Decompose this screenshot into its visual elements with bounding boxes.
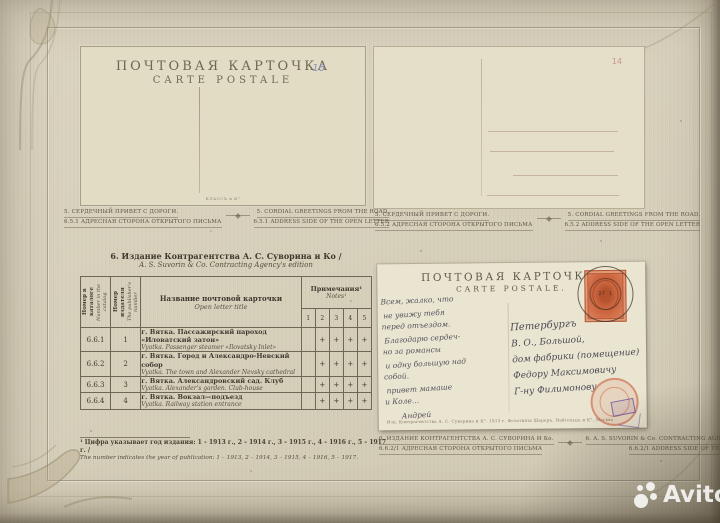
avito-watermark: Avito — [634, 482, 720, 508]
note-mark: + — [343, 393, 357, 409]
note-mark: + — [329, 328, 343, 352]
watermark-label: Avito — [663, 482, 720, 508]
publisher-number: 4 — [111, 393, 141, 409]
note-mark: + — [315, 393, 329, 409]
catalog-number: 6.6.1 — [81, 328, 111, 352]
note-col: 4 — [343, 309, 357, 328]
note-mark: + — [329, 352, 343, 376]
card-title-english: Vyatka. Passenger steamer «Ilovatsky Inl… — [141, 344, 301, 351]
caption-line: 5. CORDIAL GREETINGS FROM THE ROAD. — [568, 212, 701, 221]
caption-line: 6.5.1 ADDRESS SIDE OF THE OPEN LETTER — [254, 219, 390, 228]
card-title-english: Vyatka. Railway station entrance — [141, 401, 301, 408]
card-title-english: Vyatka. The town and Alexander Nevsky ca… — [141, 369, 301, 376]
header-text: The publisher's number — [126, 277, 139, 327]
column-header-card-title: Название почтовой карточки Open letter t… — [141, 277, 302, 328]
note-col: 5 — [357, 309, 371, 328]
caption-line: 6.5.2 ADDRESS SIDE OF THE OPEN LETTER — [565, 222, 701, 231]
catalog-number: 6.6.4 — [81, 393, 111, 409]
caption-line: 6.5.2 АДРЕСНАЯ СТОРОНА ОТКРЫТОГО ПИСЬМА — [375, 222, 533, 231]
note-mark: + — [343, 352, 357, 376]
note-mark — [301, 352, 315, 376]
note-mark: + — [315, 352, 329, 376]
avito-logo-icon — [634, 482, 659, 508]
column-header-notes: Примечания¹ Notes¹ — [301, 277, 371, 309]
note-mark: + — [343, 376, 357, 392]
publisher-number: 1 — [111, 328, 141, 352]
card-title-cell: г. Вятка. Город и Александро-Невский соб… — [141, 352, 302, 376]
card-title-english: Vyatka. Alexander's garden. Club-house — [141, 385, 301, 392]
card-title-cell: г. Вятка. Пассажирский пароход «Иловатск… — [141, 328, 302, 352]
caption-line: 6.5.1 АДРЕСНАЯ СТОРОНА ОТКРЫТОГО ПИСЬМА — [64, 219, 222, 228]
note-mark: + — [329, 393, 343, 409]
note-mark — [301, 328, 315, 352]
card-title-russian: г. Вятка. Александровский сад. Клуб — [141, 377, 301, 385]
header-text: Примечания¹ — [302, 285, 371, 293]
table-row: 6.6.3 3 г. Вятка. Александровский сад. К… — [81, 376, 372, 392]
caption-russian-block: 5. СЕРДЕЧНЫЙ ПРИВЕТ С ДОРОГИ. 6.5.1 АДРЕ… — [64, 209, 222, 228]
catalog-number: 6.6.3 — [81, 376, 111, 392]
postcard-back-top-left: ПОЧТОВАЯ КАРТОЧКА CARTE POSTALE 10 КЛАСС… — [80, 46, 366, 206]
postcard-title-french: CARTE POSTALE — [81, 75, 365, 86]
footnote-english: The number indicates the year of publica… — [80, 455, 388, 463]
note-mark: + — [357, 393, 371, 409]
catalog-number: 6.6.2 — [81, 352, 111, 376]
table-title-english: A. S. Suvorin & Co. Contracting Agency's… — [80, 261, 372, 269]
postcard-back-top-right: 14 — [373, 46, 645, 209]
caption-line: 5. СЕРДЕЧНЫЙ ПРИВЕТ С ДОРОГИ. — [375, 212, 489, 221]
album-page-photo: ПОЧТОВАЯ КАРТОЧКА CARTE POSTALE 10 КЛАСС… — [0, 0, 720, 523]
note-mark: + — [315, 376, 329, 392]
note-mark: + — [357, 328, 371, 352]
caption-top-right: 5. СЕРДЕЧНЫЙ ПРИВЕТ С ДОРОГИ. 6.5.2 АДРЕ… — [375, 212, 665, 231]
header-text: Number in the catalog — [96, 277, 109, 327]
header-text: Номер издателя — [113, 277, 127, 327]
column-header-catalog-number: Номер в каталоге Number in the catalog — [81, 277, 111, 328]
address-rule-line — [488, 131, 618, 132]
address-rule-line — [490, 151, 614, 152]
address-divider-line — [481, 59, 482, 196]
table-row: 6.6.4 4 г. Вятка. Вокзал—подъезд Vyatka.… — [81, 393, 372, 409]
note-mark: + — [315, 328, 329, 352]
postmark-date: 27 1 — [598, 291, 612, 297]
note-mark: + — [343, 328, 357, 352]
note-col: 1 — [301, 309, 315, 328]
header-text: Название почтовой карточки — [141, 294, 301, 303]
card-title-cell: г. Вятка. Вокзал—подъезд Vyatka. Railway… — [141, 393, 302, 409]
note-mark — [301, 376, 315, 392]
caption-line: 5. СЕРДЕЧНЫЙ ПРИВЕТ С ДОРОГИ. — [64, 209, 178, 218]
edition-table: Номер в каталоге Number in the catalog Н… — [80, 276, 372, 410]
caption-english-block: 5. CORDIAL GREETINGS FROM THE ROAD. 6.5.… — [565, 212, 701, 231]
card-title-russian: г. Вятка. Город и Александро-Невский соб… — [141, 352, 301, 368]
caption-top-left: 5. СЕРДЕЧНЫЙ ПРИВЕТ С ДОРОГИ. 6.5.1 АДРЕ… — [64, 209, 368, 228]
caption-divider-ornament-icon — [537, 212, 561, 231]
publisher-number: 3 — [111, 376, 141, 392]
caption-line: 5. CORDIAL GREETINGS FROM THE ROAD. — [257, 209, 390, 218]
card-title-russian: г. Вятка. Вокзал—подъезд — [141, 393, 301, 401]
address-rule-line — [513, 175, 618, 176]
footnote-russian: ¹ Цифра указывает год издания: 1 – 1913 … — [80, 439, 388, 455]
column-header-publisher-number: Номер издателя The publisher's number — [111, 277, 141, 328]
header-text: Notes¹ — [302, 293, 371, 300]
note-mark: + — [357, 352, 371, 376]
printer-mark: КЛАССЪ и К° — [81, 196, 365, 201]
address-divider-line — [199, 87, 200, 193]
publisher-number: 2 — [111, 352, 141, 376]
card-title-cell: г. Вятка. Александровский сад. Клуб Vyat… — [141, 376, 302, 392]
note-mark: + — [357, 376, 371, 392]
note-col: 2 — [315, 309, 329, 328]
table-footnote: ¹ Цифра указывает год издания: 1 – 1913 … — [80, 437, 388, 462]
header-text: Open letter title — [141, 303, 301, 311]
note-mark: + — [329, 376, 343, 392]
note-mark — [301, 393, 315, 409]
pencil-number-blue: 10 — [312, 63, 325, 74]
card-title-russian: г. Вятка. Пассажирский пароход «Иловатск… — [141, 328, 301, 344]
caption-line: 6.6.2/1 АДРЕСНАЯ СТОРОНА ОТКРЫТОГО ПИСЬМ… — [379, 446, 542, 455]
caption-divider-ornament-icon — [226, 209, 250, 228]
table-title: 6. Издание Контрагентства А. С. Суворина… — [80, 251, 372, 269]
handwritten-message: Всем, жалко, что не увижу тебя перед отъ… — [380, 291, 510, 422]
pencil-number-red: 14 — [612, 57, 622, 66]
table-title-russian: 6. Издание Контрагентства А. С. Суворина… — [80, 251, 372, 261]
caption-russian-block: 5. СЕРДЕЧНЫЙ ПРИВЕТ С ДОРОГИ. 6.5.2 АДРЕ… — [375, 212, 533, 231]
table-row: 6.6.2 2 г. Вятка. Город и Александро-Нев… — [81, 352, 372, 376]
note-col: 3 — [329, 309, 343, 328]
table-row: 6.6.1 1 г. Вятка. Пассажирский пароход «… — [81, 328, 372, 352]
address-rule-line — [487, 195, 619, 196]
caption-english-block: 5. CORDIAL GREETINGS FROM THE ROAD. 6.5.… — [254, 209, 390, 228]
header-text: Номер в каталоге — [82, 277, 96, 327]
